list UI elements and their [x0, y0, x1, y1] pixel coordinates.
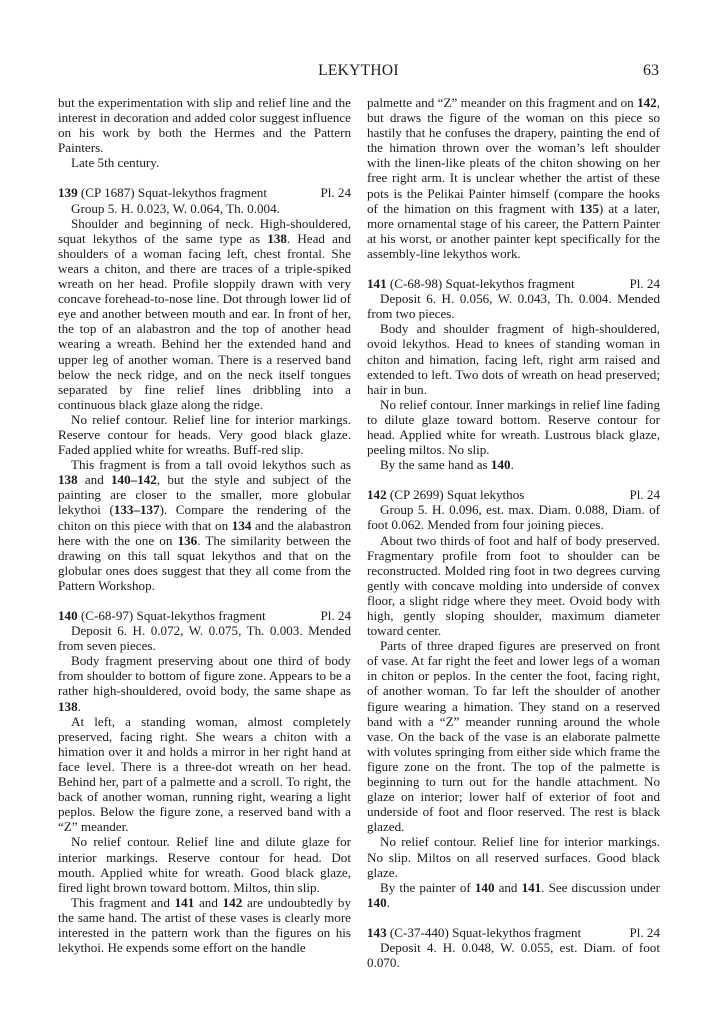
entry-discussion: This fragment and 141 and 142 are undoub…	[58, 895, 351, 955]
entry-heading: 141 (C-68-98) Squat-lekythos fragment Pl…	[367, 276, 660, 291]
entry-dimensions: Group 5. H. 0.096, est. max. Diam. 0.088…	[367, 502, 660, 532]
entry-attribution: By the same hand as 140.	[367, 457, 660, 472]
entry-number: 139	[58, 185, 78, 200]
running-head: LEKYTHOI 63	[58, 62, 659, 82]
running-title: LEKYTHOI	[58, 62, 659, 80]
cross-reference: 133–137	[114, 502, 160, 517]
entry-title: 142 (CP 2699) Squat lekythos	[367, 487, 524, 502]
paragraph: but the experimentation with slip and re…	[58, 95, 351, 155]
cross-reference: 138	[58, 699, 78, 714]
catalog-entry-140: 140 (C-68-97) Squat-lekythos fragment Pl…	[58, 608, 351, 955]
cross-reference: 140	[475, 880, 495, 895]
entry-technique: No relief contour. Relief line for inter…	[367, 834, 660, 879]
cross-reference: 134	[232, 518, 252, 533]
entry-title: 141 (C-68-98) Squat-lekythos fragment	[367, 276, 575, 291]
cross-reference: 140	[491, 457, 511, 472]
cross-reference: 136	[178, 533, 198, 548]
entry-title: 143 (C-37-440) Squat-lekythos fragment	[367, 925, 581, 940]
entry-inventory: (C-37-440) Squat-lekythos fragment	[390, 925, 581, 940]
entry-title: 139 (CP 1687) Squat-lekythos fragment	[58, 185, 267, 200]
entry-technique: No relief contour. Relief line for inter…	[58, 412, 351, 457]
entry-number: 141	[367, 276, 387, 291]
cross-reference: 138	[267, 231, 287, 246]
plate-reference: Pl. 24	[320, 185, 351, 200]
entry-figures: At left, a standing woman, almost comple…	[58, 714, 351, 835]
entry-body-description: Body and shoulder fragment of high-shoul…	[367, 321, 660, 396]
entry-number: 143	[367, 925, 387, 940]
plate-reference: Pl. 24	[629, 276, 660, 291]
cross-reference: 138	[58, 472, 78, 487]
entry-technique: No relief contour. Inner markings in rel…	[367, 397, 660, 457]
entry-number: 140	[58, 608, 78, 623]
page-number: 63	[643, 62, 659, 80]
entry-shape: About two thirds of foot and half of bod…	[367, 533, 660, 639]
right-column: palmette and “Z” meander on this fragmen…	[367, 95, 660, 970]
cross-reference: 142	[223, 895, 243, 910]
paragraph-date: Late 5th century.	[58, 155, 351, 170]
entry-description: Shoulder and beginning of neck. High-sho…	[58, 216, 351, 412]
catalog-entry-142: 142 (CP 2699) Squat lekythos Pl. 24 Grou…	[367, 487, 660, 910]
continuation-text: but the experimentation with slip and re…	[58, 95, 351, 170]
continuation-text: palmette and “Z” meander on this fragmen…	[367, 95, 660, 261]
cross-reference: 140–142	[111, 472, 157, 487]
entry-heading: 139 (CP 1687) Squat-lekythos fragment Pl…	[58, 185, 351, 200]
entry-discussion: This fragment is from a tall ovoid lekyt…	[58, 457, 351, 593]
plate-reference: Pl. 24	[320, 608, 351, 623]
catalog-entry-141: 141 (C-68-98) Squat-lekythos fragment Pl…	[367, 276, 660, 472]
entry-technique: No relief contour. Relief line and dilut…	[58, 834, 351, 894]
entry-dimensions: Deposit 6. H. 0.056, W. 0.043, Th. 0.004…	[367, 291, 660, 321]
left-column: but the experimentation with slip and re…	[58, 95, 351, 955]
entry-inventory: (C-68-97) Squat-lekythos fragment	[81, 608, 266, 623]
plate-reference: Pl. 24	[629, 487, 660, 502]
entry-inventory: (CP 2699) Squat lekythos	[390, 487, 524, 502]
catalog-entry-143: 143 (C-37-440) Squat-lekythos fragment P…	[367, 925, 660, 970]
cross-reference: 142	[637, 95, 657, 110]
entry-heading: 142 (CP 2699) Squat lekythos Pl. 24	[367, 487, 660, 502]
entry-inventory: (CP 1687) Squat-lekythos fragment	[81, 185, 267, 200]
catalog-entry-139: 139 (CP 1687) Squat-lekythos fragment Pl…	[58, 185, 351, 593]
cross-reference: 140	[367, 895, 387, 910]
entry-attribution: By the painter of 140 and 141. See discu…	[367, 880, 660, 910]
entry-number: 142	[367, 487, 387, 502]
cross-reference: 135	[579, 201, 599, 216]
entry-dimensions: Deposit 4. H. 0.048, W. 0.055, est. Diam…	[367, 940, 660, 970]
cross-reference: 141	[522, 880, 542, 895]
entry-body-description: Body fragment preserving about one third…	[58, 653, 351, 713]
cross-reference: 141	[175, 895, 195, 910]
entry-title: 140 (C-68-97) Squat-lekythos fragment	[58, 608, 266, 623]
entry-inventory: (C-68-98) Squat-lekythos fragment	[390, 276, 575, 291]
entry-heading: 140 (C-68-97) Squat-lekythos fragment Pl…	[58, 608, 351, 623]
entry-dimensions: Deposit 6. H. 0.072, W. 0.075, Th. 0.003…	[58, 623, 351, 653]
entry-dimensions: Group 5. H. 0.023, W. 0.064, Th. 0.004.	[58, 201, 351, 216]
entry-figures: Parts of three draped figures are preser…	[367, 638, 660, 834]
plate-reference: Pl. 24	[629, 925, 660, 940]
entry-heading: 143 (C-37-440) Squat-lekythos fragment P…	[367, 925, 660, 940]
